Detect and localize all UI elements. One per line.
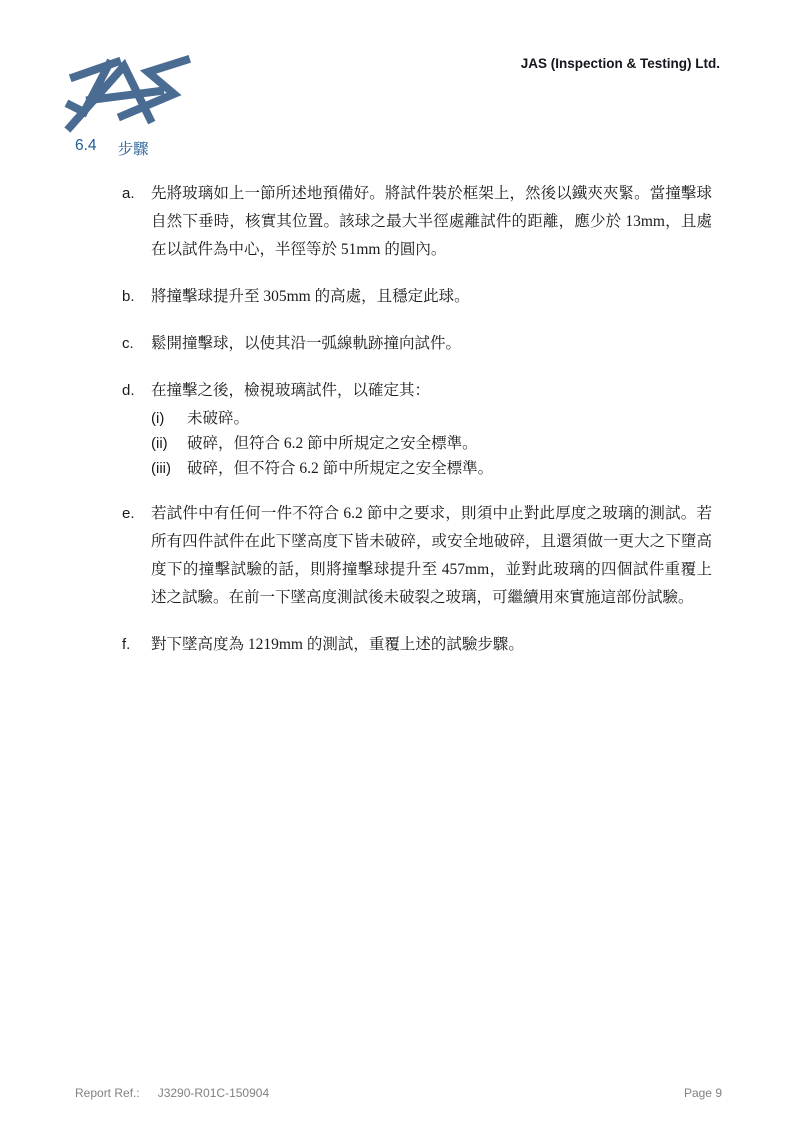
substep-ii-text: 破碎，但符合 6.2 節中所規定之安全標準。 xyxy=(187,431,478,456)
substep-i: (i) 未破碎。 xyxy=(151,406,712,431)
step-f-text: 對下墜高度為 1219mm 的測試，重覆上述的試驗步驟。 xyxy=(151,631,712,659)
substep-ii: (ii) 破碎，但符合 6.2 節中所規定之安全標準。 xyxy=(151,431,712,456)
section-heading: 6.4 步驟 xyxy=(75,137,149,159)
section-number: 6.4 xyxy=(75,137,97,159)
page-footer: Report Ref.: J3290-R01C-150904 Page 9 xyxy=(75,1086,722,1100)
substep-iii: (iii) 破碎，但不符合 6.2 節中所規定之安全標準。 xyxy=(151,456,712,481)
step-a-marker: a. xyxy=(122,180,151,264)
step-b-text: 將撞擊球提升至 305mm 的高處，且穩定此球。 xyxy=(151,283,712,311)
substep-iii-text: 破碎，但不符合 6.2 節中所規定之安全標準。 xyxy=(187,456,493,481)
step-b-marker: b. xyxy=(122,283,151,311)
step-e-marker: e. xyxy=(122,500,151,612)
step-d: d. 在撞擊之後，檢視玻璃試件，以確定其： (i) 未破碎。 (ii) 破碎，但… xyxy=(122,377,712,481)
document-page: JAS (Inspection & Testing) Ltd. 6.4 步驟 a… xyxy=(0,0,794,1123)
report-ref: Report Ref.: J3290-R01C-150904 xyxy=(75,1086,269,1100)
company-name: JAS (Inspection & Testing) Ltd. xyxy=(521,56,720,71)
jas-logo-icon xyxy=(60,50,192,134)
step-f-marker: f. xyxy=(122,631,151,659)
step-d-text: 在撞擊之後，檢視玻璃試件，以確定其： xyxy=(151,377,712,405)
step-a-text: 先將玻璃如上一節所述地預備好。將試件裝於框架上，然後以鐵夾夾緊。當撞擊球自然下垂… xyxy=(151,180,712,264)
page-number: Page 9 xyxy=(684,1086,722,1100)
step-e-text: 若試件中有任何一件不符合 6.2 節中之要求，則須中止對此厚度之玻璃的測試。若所… xyxy=(151,500,712,612)
step-e: e. 若試件中有任何一件不符合 6.2 節中之要求，則須中止對此厚度之玻璃的測試… xyxy=(122,500,712,612)
step-c-text: 鬆開撞擊球，以使其沿一弧線軌跡撞向試件。 xyxy=(151,330,712,358)
step-f: f. 對下墜高度為 1219mm 的測試，重覆上述的試驗步驟。 xyxy=(122,631,712,659)
step-d-substeps: (i) 未破碎。 (ii) 破碎，但符合 6.2 節中所規定之安全標準。 (ii… xyxy=(151,406,712,481)
report-ref-label: Report Ref.: xyxy=(75,1086,140,1100)
step-b: b. 將撞擊球提升至 305mm 的高處，且穩定此球。 xyxy=(122,283,712,311)
substep-iii-marker: (iii) xyxy=(151,456,187,481)
substep-i-text: 未破碎。 xyxy=(187,406,249,431)
steps-list: a. 先將玻璃如上一節所述地預備好。將試件裝於框架上，然後以鐵夾夾緊。當撞擊球自… xyxy=(122,180,712,678)
step-c-marker: c. xyxy=(122,330,151,358)
substep-i-marker: (i) xyxy=(151,406,187,431)
step-d-marker: d. xyxy=(122,377,151,481)
section-title: 步驟 xyxy=(118,137,149,159)
substep-ii-marker: (ii) xyxy=(151,431,187,456)
report-ref-value: J3290-R01C-150904 xyxy=(158,1086,269,1100)
step-a: a. 先將玻璃如上一節所述地預備好。將試件裝於框架上，然後以鐵夾夾緊。當撞擊球自… xyxy=(122,180,712,264)
step-c: c. 鬆開撞擊球，以使其沿一弧線軌跡撞向試件。 xyxy=(122,330,712,358)
